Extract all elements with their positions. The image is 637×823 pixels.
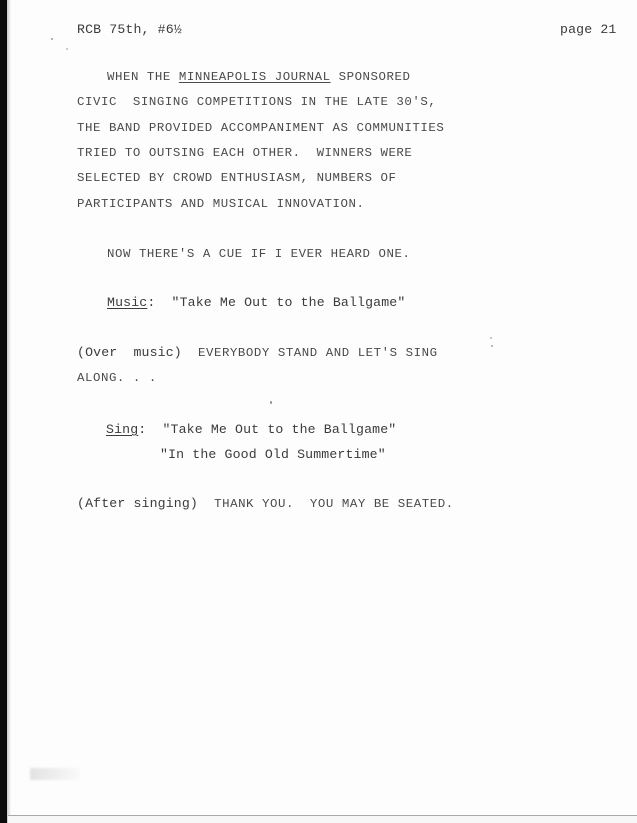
document-reference: RCB 75th, #6½: [77, 22, 182, 38]
paragraph-line: WHEN THE MINNEAPOLIS JOURNAL SPONSORED: [107, 69, 410, 85]
paragraph-text: SPONSORED: [331, 70, 411, 84]
spacer: [198, 496, 214, 511]
over-music-line: (Over music) EVERYBODY STAND AND LET'S S…: [77, 345, 438, 361]
announcer-text-continued: ALONG. . .: [77, 370, 157, 386]
paragraph-text: WHEN THE: [107, 70, 179, 84]
song-title: "Take Me Out to the Ballgame": [162, 422, 396, 437]
paragraph-line: PARTICIPANTS AND MUSICAL INNOVATION.: [77, 196, 364, 212]
sing-cue: Sing: "Take Me Out to the Ballgame": [106, 422, 396, 438]
scan-bottom-margin: [8, 816, 637, 823]
paragraph-line: CIVIC SINGING COMPETITIONS IN THE LATE 3…: [77, 94, 436, 110]
sing-cue-spacer: [146, 422, 162, 437]
scan-speck: [491, 345, 493, 347]
scan-left-edge: [0, 0, 7, 823]
publication-name: MINNEAPOLIS JOURNAL: [179, 70, 331, 84]
stage-direction: (Over music): [77, 345, 182, 360]
paragraph-line: TRIED TO OUTSING EACH OTHER. WINNERS WER…: [77, 145, 412, 161]
closing-line: (After singing) THANK YOU. YOU MAY BE SE…: [77, 496, 454, 512]
sing-cue-label: Sing: [106, 422, 138, 437]
music-cue: Music: "Take Me Out to the Ballgame": [107, 295, 405, 311]
scan-speck: [66, 48, 68, 50]
paragraph-line: THE BAND PROVIDED ACCOMPANIMENT AS COMMU…: [77, 120, 444, 136]
cue-line: NOW THERE'S A CUE IF I EVER HEARD ONE.: [107, 246, 410, 262]
song-title: "In the Good Old Summertime": [160, 447, 386, 463]
music-cue-spacer: [155, 295, 171, 310]
scan-smudge: [30, 768, 80, 780]
spacer: [182, 345, 198, 360]
stage-direction: (After singing): [77, 496, 198, 511]
scan-speck: [270, 401, 272, 404]
paragraph-line: SELECTED BY CROWD ENTHUSIASM, NUMBERS OF: [77, 170, 396, 186]
scanned-page: RCB 75th, #6½ page 21 WHEN THE MINNEAPOL…: [0, 0, 637, 823]
scan-left-edge-shadow: [7, 0, 11, 823]
announcer-text: EVERYBODY STAND AND LET'S SING: [198, 346, 438, 360]
music-cue-title: "Take Me Out to the Ballgame": [172, 295, 406, 310]
scan-speck: [490, 337, 492, 339]
page-number: page 21: [560, 22, 616, 38]
scan-speck: [51, 38, 53, 40]
announcer-text: THANK YOU. YOU MAY BE SEATED.: [214, 497, 454, 511]
music-cue-label: Music: [107, 295, 147, 310]
